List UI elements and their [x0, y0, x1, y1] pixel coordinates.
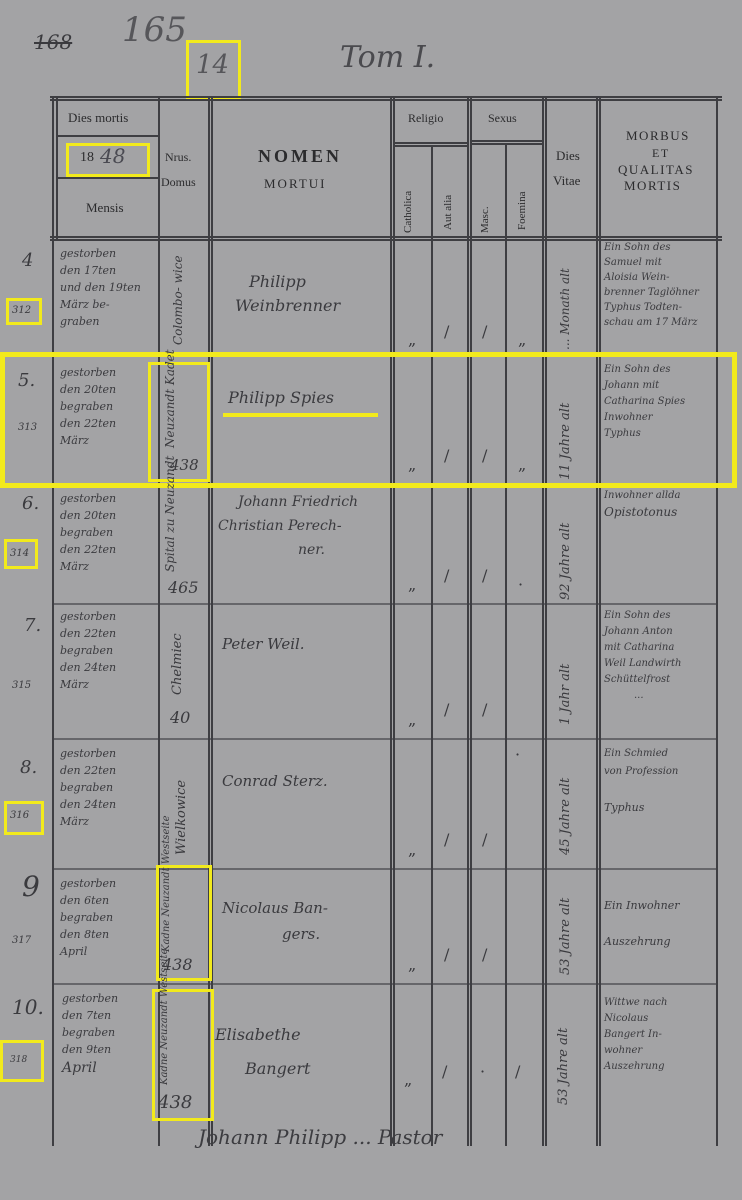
catholica-ditto-mark: „	[408, 575, 416, 594]
header-dies-mortis: Dies mortis	[68, 110, 128, 126]
header-foemina: Foemina	[516, 180, 528, 230]
entry-house: Kadne Neuzandt Westseite	[160, 872, 173, 952]
entry-reference: 313	[18, 422, 37, 433]
entry-reference: 317	[12, 935, 31, 946]
entry-date: gestorbenden 22tenbegrabenden 24tenMärz	[60, 745, 156, 830]
entry-number: 6.	[22, 493, 39, 514]
entry-name: Johann FriedrichChristian Perech-ner.	[218, 490, 358, 562]
masc-slash-mark: /	[482, 566, 487, 585]
header-mensis: Mensis	[86, 200, 124, 216]
header-et: ET	[652, 146, 670, 161]
reference-highlight-box	[6, 298, 42, 325]
volume-label: Tom I.	[340, 40, 435, 75]
foemina-dot-mark: ·	[515, 745, 520, 764]
entry-cause: Ein InwohnerAuszehrung	[604, 888, 716, 960]
masc-slash-mark: /	[482, 700, 487, 719]
entry-cause: Inwohner alldaOpistotonus	[604, 488, 716, 520]
name-underline-highlight	[223, 413, 378, 417]
entry-cause: Ein Sohn desJohann Antonmit CatharinaWei…	[604, 608, 716, 704]
year-highlight-box	[66, 143, 150, 177]
entry-number: 8.	[20, 757, 37, 778]
entry-number: 5.	[18, 370, 35, 391]
entry-house: Colombo- wice	[170, 245, 186, 345]
aut-alia-slash-mark: /	[444, 830, 449, 849]
catholica-ditto-mark: „	[408, 330, 416, 349]
header-nomen: NOMEN	[258, 146, 342, 167]
entry-date: gestorbenden 6tenbegrabenden 8tenApril	[60, 875, 156, 960]
foemina-ditto-mark: „	[518, 330, 526, 349]
foemina-dot-mark: ·	[518, 575, 523, 594]
header-sexus: Sexus	[488, 111, 517, 126]
entry-house: Neuzandt Kadet	[162, 368, 178, 448]
entry-age: 11 Jahre alt	[558, 370, 573, 480]
catholica-ditto-mark: „	[404, 1070, 412, 1089]
masc-slash-mark: /	[482, 446, 487, 465]
entry-house-number: 438	[158, 1092, 192, 1113]
foemina-slash-mark: /	[515, 1062, 520, 1081]
header-domus: Domus	[161, 175, 196, 190]
entry-date: gestorbenden 17tenund den 19tenMärz be-g…	[60, 245, 156, 330]
aut-alia-slash-mark: /	[442, 1062, 447, 1081]
header-mortis: MORTIS	[624, 178, 681, 194]
foemina-ditto-mark: „	[518, 455, 526, 474]
catholica-ditto-mark: „	[408, 455, 416, 474]
entry-name: PhilippWeinbrenner	[235, 270, 340, 318]
masc-slash-mark: /	[482, 322, 487, 341]
entry-age: 53 Jahre alt	[556, 990, 571, 1105]
entry-name: Philipp Spies	[228, 388, 334, 407]
entry-number: 7.	[24, 615, 41, 636]
entry-reference: 315	[12, 680, 31, 691]
entry-house-number: 465	[168, 578, 199, 597]
page-number: 165	[122, 10, 187, 50]
header-morbus: MORBUS	[626, 128, 690, 144]
entry-number: 4	[22, 250, 33, 271]
entry-date: gestorbenden 22tenbegrabenden 24tenMärz	[60, 608, 156, 693]
aut-alia-slash-mark: /	[444, 566, 449, 585]
entry-date: gestorbenden 20tenbegrabenden 22tenMärz	[60, 364, 148, 449]
masc-slash-mark: /	[482, 945, 487, 964]
header-vitae: Vitae	[553, 173, 580, 189]
entry-cause: Ein Sohn desJohann mitCatharina SpiesInw…	[604, 362, 716, 442]
catholica-ditto-mark: „	[408, 955, 416, 974]
entry-name: Conrad Sterz.	[222, 772, 328, 790]
entry-name: ElisabetheBangert	[215, 1018, 310, 1086]
aut-alia-slash-mark: /	[444, 446, 449, 465]
header-masc: Masc.	[479, 198, 491, 233]
folio-highlight-box	[186, 40, 241, 100]
entry-number: 10.	[12, 995, 44, 1019]
masc-dot-mark: ·	[480, 1062, 485, 1081]
header-catholica: Catholica	[402, 175, 414, 233]
entry-number: 9	[22, 870, 40, 903]
entry-name: Peter Weil.	[222, 635, 305, 653]
entry-cause: Ein Schmiedvon ProfessionTyphus	[604, 745, 716, 817]
entry-age: 1 Jahr alt	[558, 615, 573, 725]
aut-alia-slash-mark: /	[444, 322, 449, 341]
entry-date: gestorbenden 7tenbegrabenden 9tenApril	[62, 990, 152, 1080]
entry-house: Kadne Neuzandt Westseite	[158, 995, 172, 1085]
catholica-ditto-mark: „	[408, 710, 416, 729]
entry-house: Wielkowice	[174, 755, 189, 855]
header-religio: Religio	[408, 111, 443, 126]
masc-slash-mark: /	[482, 830, 487, 849]
entry-cause: Ein Sohn desSamuel mitAloisia Wein-brenn…	[604, 240, 716, 330]
reference-highlight-box	[0, 1040, 44, 1082]
aut-alia-slash-mark: /	[444, 945, 449, 964]
entry-date: gestorbenden 20tenbegrabenden 22tenMärz	[60, 490, 156, 575]
header-nrus: Nrus.	[165, 150, 191, 165]
aut-alia-slash-mark: /	[444, 700, 449, 719]
entry-age: 45 Jahre alt	[558, 745, 573, 855]
header-mortui: MORTUI	[264, 176, 327, 192]
header-dies: Dies	[556, 148, 580, 164]
entry-house-number: 40	[170, 708, 190, 727]
entry-house: Chelmiec	[170, 615, 185, 695]
pastor-signature: Johann Philipp ... Pastor	[198, 1125, 442, 1149]
catholica-ditto-mark: „	[408, 840, 416, 859]
entry-cause: Wittwe nachNicolausBangert In-wohnerAusz…	[604, 995, 716, 1075]
reference-highlight-box	[4, 539, 38, 569]
header-qualitas: QUALITAS	[618, 162, 694, 178]
entry-name: Nicolaus Ban-gers.	[222, 895, 328, 947]
entry-age: 92 Jahre alt	[558, 490, 573, 600]
entry-age: ... Monath alt	[558, 250, 572, 350]
entry-age: 53 Jahre alt	[558, 875, 573, 975]
header-aut-alia: Aut alia	[442, 180, 454, 230]
struck-page-number: 168	[34, 30, 72, 54]
entry-house: Spital zu Neuzandt	[162, 492, 178, 572]
reference-highlight-box	[4, 801, 44, 835]
